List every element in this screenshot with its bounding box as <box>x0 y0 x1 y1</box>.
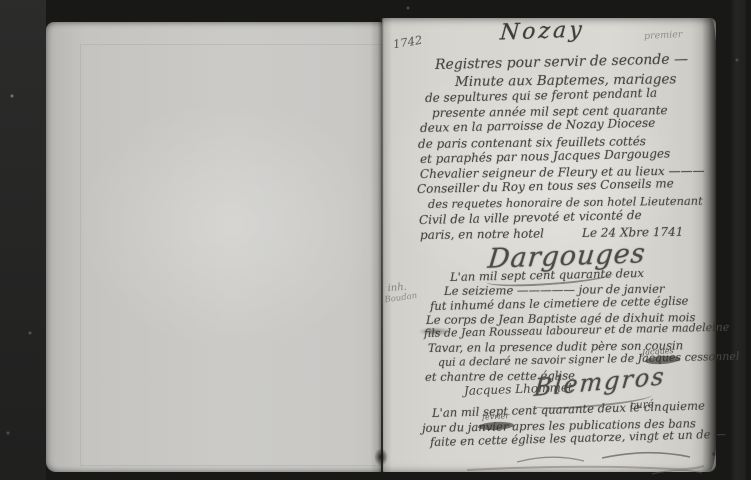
left-page <box>46 22 382 472</box>
page-number-note: premier <box>644 29 683 42</box>
manuscript-line-text: paris, en notre hotel <box>420 226 544 242</box>
flourish-strokes <box>422 440 722 480</box>
opening-act: Registres pour servir de seconde — Minut… <box>426 57 716 243</box>
act-date: Le 24 Xbre 1741 <box>582 225 684 240</box>
binding-fold-line <box>381 18 383 472</box>
film-border-right <box>730 0 746 480</box>
interline-correction: fevrier <box>482 411 510 421</box>
page-title: Nozay <box>499 17 585 45</box>
plate-mark <box>80 44 382 466</box>
ink-smudge <box>418 327 452 336</box>
year-annotation: 1742 <box>392 33 423 51</box>
torn-page-edge <box>702 18 717 472</box>
binding-fold-shadow <box>374 448 388 466</box>
microfilm-scan: 1742 Nozay premier Registres pour servir… <box>0 0 751 480</box>
burial-act: L'an mil sept cent quarante deux Le seiz… <box>442 270 734 384</box>
right-page: 1742 Nozay premier Registres pour servir… <box>382 18 716 472</box>
film-border-left <box>0 0 46 480</box>
